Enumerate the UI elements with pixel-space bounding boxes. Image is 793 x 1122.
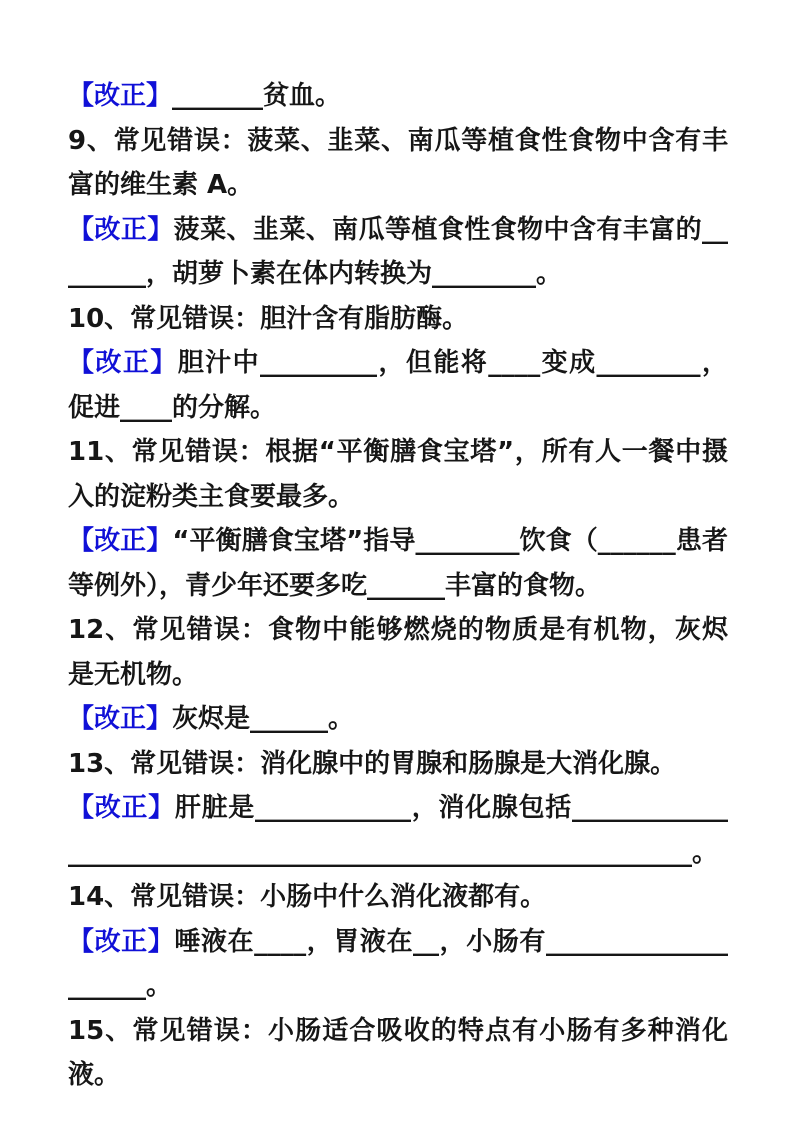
error-paragraph: 10、常见错误：胆汁含有脂肪酶。 xyxy=(68,297,728,342)
error-paragraph: 9、常见错误：菠菜、韭菜、南瓜等植食性食物中含有丰富的维生素 A。 xyxy=(68,119,728,208)
error-paragraph: 15、常见错误：小肠适合吸收的特点有小肠有多种消化液。 xyxy=(68,1009,728,1098)
correction-label: 【改正】 xyxy=(68,215,174,245)
error-paragraph: 13、常见错误：消化腺中的胃腺和肠腺是大消化腺。 xyxy=(68,742,728,787)
error-paragraph: 11、常见错误：根据“平衡膳食宝塔”，所有人一餐中摄入的淀粉类主食要最多。 xyxy=(68,430,728,519)
correction-label: 【改正】 xyxy=(68,348,178,378)
worksheet-page: 【改正】_______贫血。 9、常见错误：菠菜、韭菜、南瓜等植食性食物中含有丰… xyxy=(0,0,793,1122)
correction-text: _______贫血。 xyxy=(172,81,341,111)
correction-paragraph: 【改正】灰烬是______。 xyxy=(68,697,728,742)
error-text: 10、常见错误：胆汁含有脂肪酶。 xyxy=(68,304,468,334)
correction-label: 【改正】 xyxy=(68,793,175,823)
error-text: 15、常见错误：小肠适合吸收的特点有小肠有多种消化液。 xyxy=(68,1016,728,1091)
correction-paragraph: 【改正】_______贫血。 xyxy=(68,74,728,119)
correction-label: 【改正】 xyxy=(68,81,172,111)
correction-paragraph: 【改正】“平衡膳食宝塔”指导________饮食（______患者等例外），青少… xyxy=(68,519,728,608)
error-paragraph: 14、常见错误：小肠中什么消化液都有。 xyxy=(68,875,728,920)
document-body: 【改正】_______贫血。 9、常见错误：菠菜、韭菜、南瓜等植食性食物中含有丰… xyxy=(68,74,728,1098)
error-text: 13、常见错误：消化腺中的胃腺和肠腺是大消化腺。 xyxy=(68,749,676,779)
correction-paragraph: 【改正】菠菜、韭菜、南瓜等植食性食物中含有丰富的________，胡萝卜素在体内… xyxy=(68,208,728,297)
error-paragraph: 12、常见错误：食物中能够燃烧的物质是有机物，灰烬是无机物。 xyxy=(68,608,728,697)
error-text: 14、常见错误：小肠中什么消化液都有。 xyxy=(68,882,546,912)
correction-label: 【改正】 xyxy=(68,704,172,734)
correction-label: 【改正】 xyxy=(68,927,174,957)
error-text: 11、常见错误：根据“平衡膳食宝塔”，所有人一餐中摄入的淀粉类主食要最多。 xyxy=(68,437,728,512)
correction-paragraph: 【改正】唾液在____，胃液在__，小肠有___________________… xyxy=(68,920,728,1009)
error-text: 9、常见错误：菠菜、韭菜、南瓜等植食性食物中含有丰富的维生素 A。 xyxy=(68,126,728,201)
error-text: 12、常见错误：食物中能够燃烧的物质是有机物，灰烬是无机物。 xyxy=(68,615,728,690)
correction-label: 【改正】 xyxy=(68,526,172,556)
correction-paragraph: 【改正】胆汁中_________，但能将____变成________，促进___… xyxy=(68,341,728,430)
correction-paragraph: 【改正】肝脏是____________，消化腺包括_______________… xyxy=(68,786,728,875)
correction-text: 灰烬是______。 xyxy=(172,704,354,734)
